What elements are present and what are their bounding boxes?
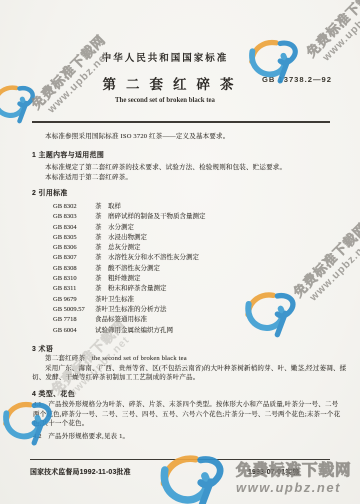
reference-title: 茶 水浸出物测定: [95, 233, 147, 243]
scanned-standard-page: 免费标准下载网 www.upbz.net 免费标准下载网 www.upbz.ne…: [0, 0, 360, 504]
term-definition-line: 切、发酵、干燥等红碎茶初制加工工艺制成的茶叶产品。: [32, 374, 200, 382]
page-title-english: The second set of broken black tea: [0, 97, 330, 104]
reference-code: GB 9679: [53, 295, 95, 305]
reference-row: GB 5009.57 茶叶卫生标准的分析方法: [53, 305, 340, 315]
reference-code: GB 6004: [53, 326, 95, 336]
reference-list: GB 8302 茶 取样 GB 8303 茶 磨碎试样的制备及干物质含量测定 G…: [53, 202, 340, 336]
clause-4-1-line: 色,共十一个花色。: [33, 420, 88, 428]
reference-code: GB 8303: [53, 212, 95, 222]
reference-row: GB 8310 茶 粗纤维测定: [53, 274, 340, 284]
reference-row: GB 8306 茶 总灰分测定: [53, 243, 340, 253]
reference-title: 茶 粗纤维测定: [95, 274, 141, 284]
reference-title: 茶 取样: [95, 202, 121, 212]
reference-code: GB 8305: [53, 233, 95, 243]
reference-title: 茶 磨碎试样的制备及干物质含量测定: [95, 212, 206, 222]
reference-title: 茶 水溶性灰分和水不溶性灰分测定: [95, 253, 199, 263]
section-1-line: 本标准适用于第二套红碎茶。: [45, 174, 132, 182]
reference-code: GB 8311: [53, 284, 95, 294]
reference-title: 茶叶卫生标准的分析方法: [95, 305, 167, 315]
standard-number: GB 13738.2—92: [262, 75, 332, 84]
reference-row: GB 8311 茶 粉末和碎茶含量测定: [53, 284, 340, 294]
reference-title: 试验筛用金属丝编织方孔网: [95, 326, 173, 336]
footer-rule: [30, 459, 330, 460]
reference-code: GB 8310: [53, 274, 95, 284]
reference-code: GB 8308: [53, 264, 95, 274]
watermark-top-right: 免费标准下载网 www.upbz.net: [292, 0, 360, 78]
effective-date-text: 1993-07-01实施: [248, 466, 299, 476]
reference-row: GB 8304 茶 水分测定: [53, 223, 340, 233]
reference-row: GB 8308 茶 酸不溶性灰分测定: [53, 264, 340, 274]
watermark-bottom: 免费标准下载网 www.upbz.net: [236, 458, 352, 495]
reference-row: GB 9679 茶叶卫生标准: [53, 295, 340, 305]
reference-code: GB 8307: [53, 253, 95, 263]
reference-row: GB 8302 茶 取样: [53, 202, 340, 212]
header-rule: [32, 121, 330, 123]
reference-title: 茶 总灰分测定: [95, 243, 141, 253]
watermark-site-name: 免费标准下载网: [17, 21, 118, 122]
reference-title: 食品标签通用标准: [95, 315, 147, 325]
section-2-heading: 2 引用标准: [32, 187, 68, 197]
reference-row: GB 8303 茶 磨碎试样的制备及干物质含量测定: [53, 212, 340, 222]
reference-title: 茶 水分测定: [95, 223, 134, 233]
upbz-logo: [154, 448, 234, 504]
section-4-heading: 4 类型、花色: [32, 388, 75, 398]
reference-title: 茶 粉末和碎茶含量测定: [95, 284, 167, 294]
section-1-line: 本标准规定了第二套红碎茶的技术要求、试验方法、检验规则和包装、贮运要求。: [45, 164, 286, 172]
term-line: 第二套红碎茶 the second set of broken black te…: [45, 355, 187, 363]
watermark-site-url: www.upbz.net: [236, 480, 352, 495]
reference-row: GB 8305 茶 水浸出物测定: [53, 233, 340, 243]
reference-row: GB 8307 茶 水溶性灰分和水不溶性灰分测定: [53, 253, 340, 263]
reference-code: GB 5009.57: [53, 305, 95, 315]
reference-code: GB 8306: [53, 243, 95, 253]
term-definition-line: 采用广东、海南、广西、贵州等省、区(不包括云南省)的大叶种茶树新梢的芽、叶、嫩茎…: [45, 365, 346, 373]
reference-code: GB 8304: [53, 223, 95, 233]
reference-title: 茶 酸不溶性灰分测定: [95, 264, 160, 274]
section-3-heading: 3 术语: [32, 343, 53, 353]
reference-code: GB 7718: [53, 315, 95, 325]
intro-paragraph: 本标准参照采用国际标准 ISO 3720 红茶——定义及基本要求。: [45, 133, 229, 141]
national-standard-label: 中华人民共和国国家标准: [0, 50, 330, 64]
clause-4-2-line: 4.2 产品外形规格要求,见表 1。: [33, 433, 129, 441]
approval-text: 国家技术监督局1992-11-03批准: [30, 466, 131, 476]
reference-row: GB 7718 食品标签通用标准: [53, 315, 340, 325]
clause-4-1-line: 两个花色,碎茶分一号、二号、三号、四号、五号、六号六个花色;片茶分一号、二号两个…: [33, 411, 340, 419]
watermark-site-url: www.upbz.net: [306, 0, 360, 78]
reference-code: GB 8302: [53, 202, 95, 212]
section-1-heading: 1 主题内容与适用范围: [32, 149, 104, 159]
reference-title: 茶叶卫生标准: [95, 295, 134, 305]
clause-4-1-line: 4.1 产品按外形规格分为叶茶、碎茶、片茶、末茶四个类型。按体形大小和产品质量,…: [33, 401, 338, 409]
reference-row: GB 6004 试验筛用金属丝编织方孔网: [53, 326, 340, 336]
